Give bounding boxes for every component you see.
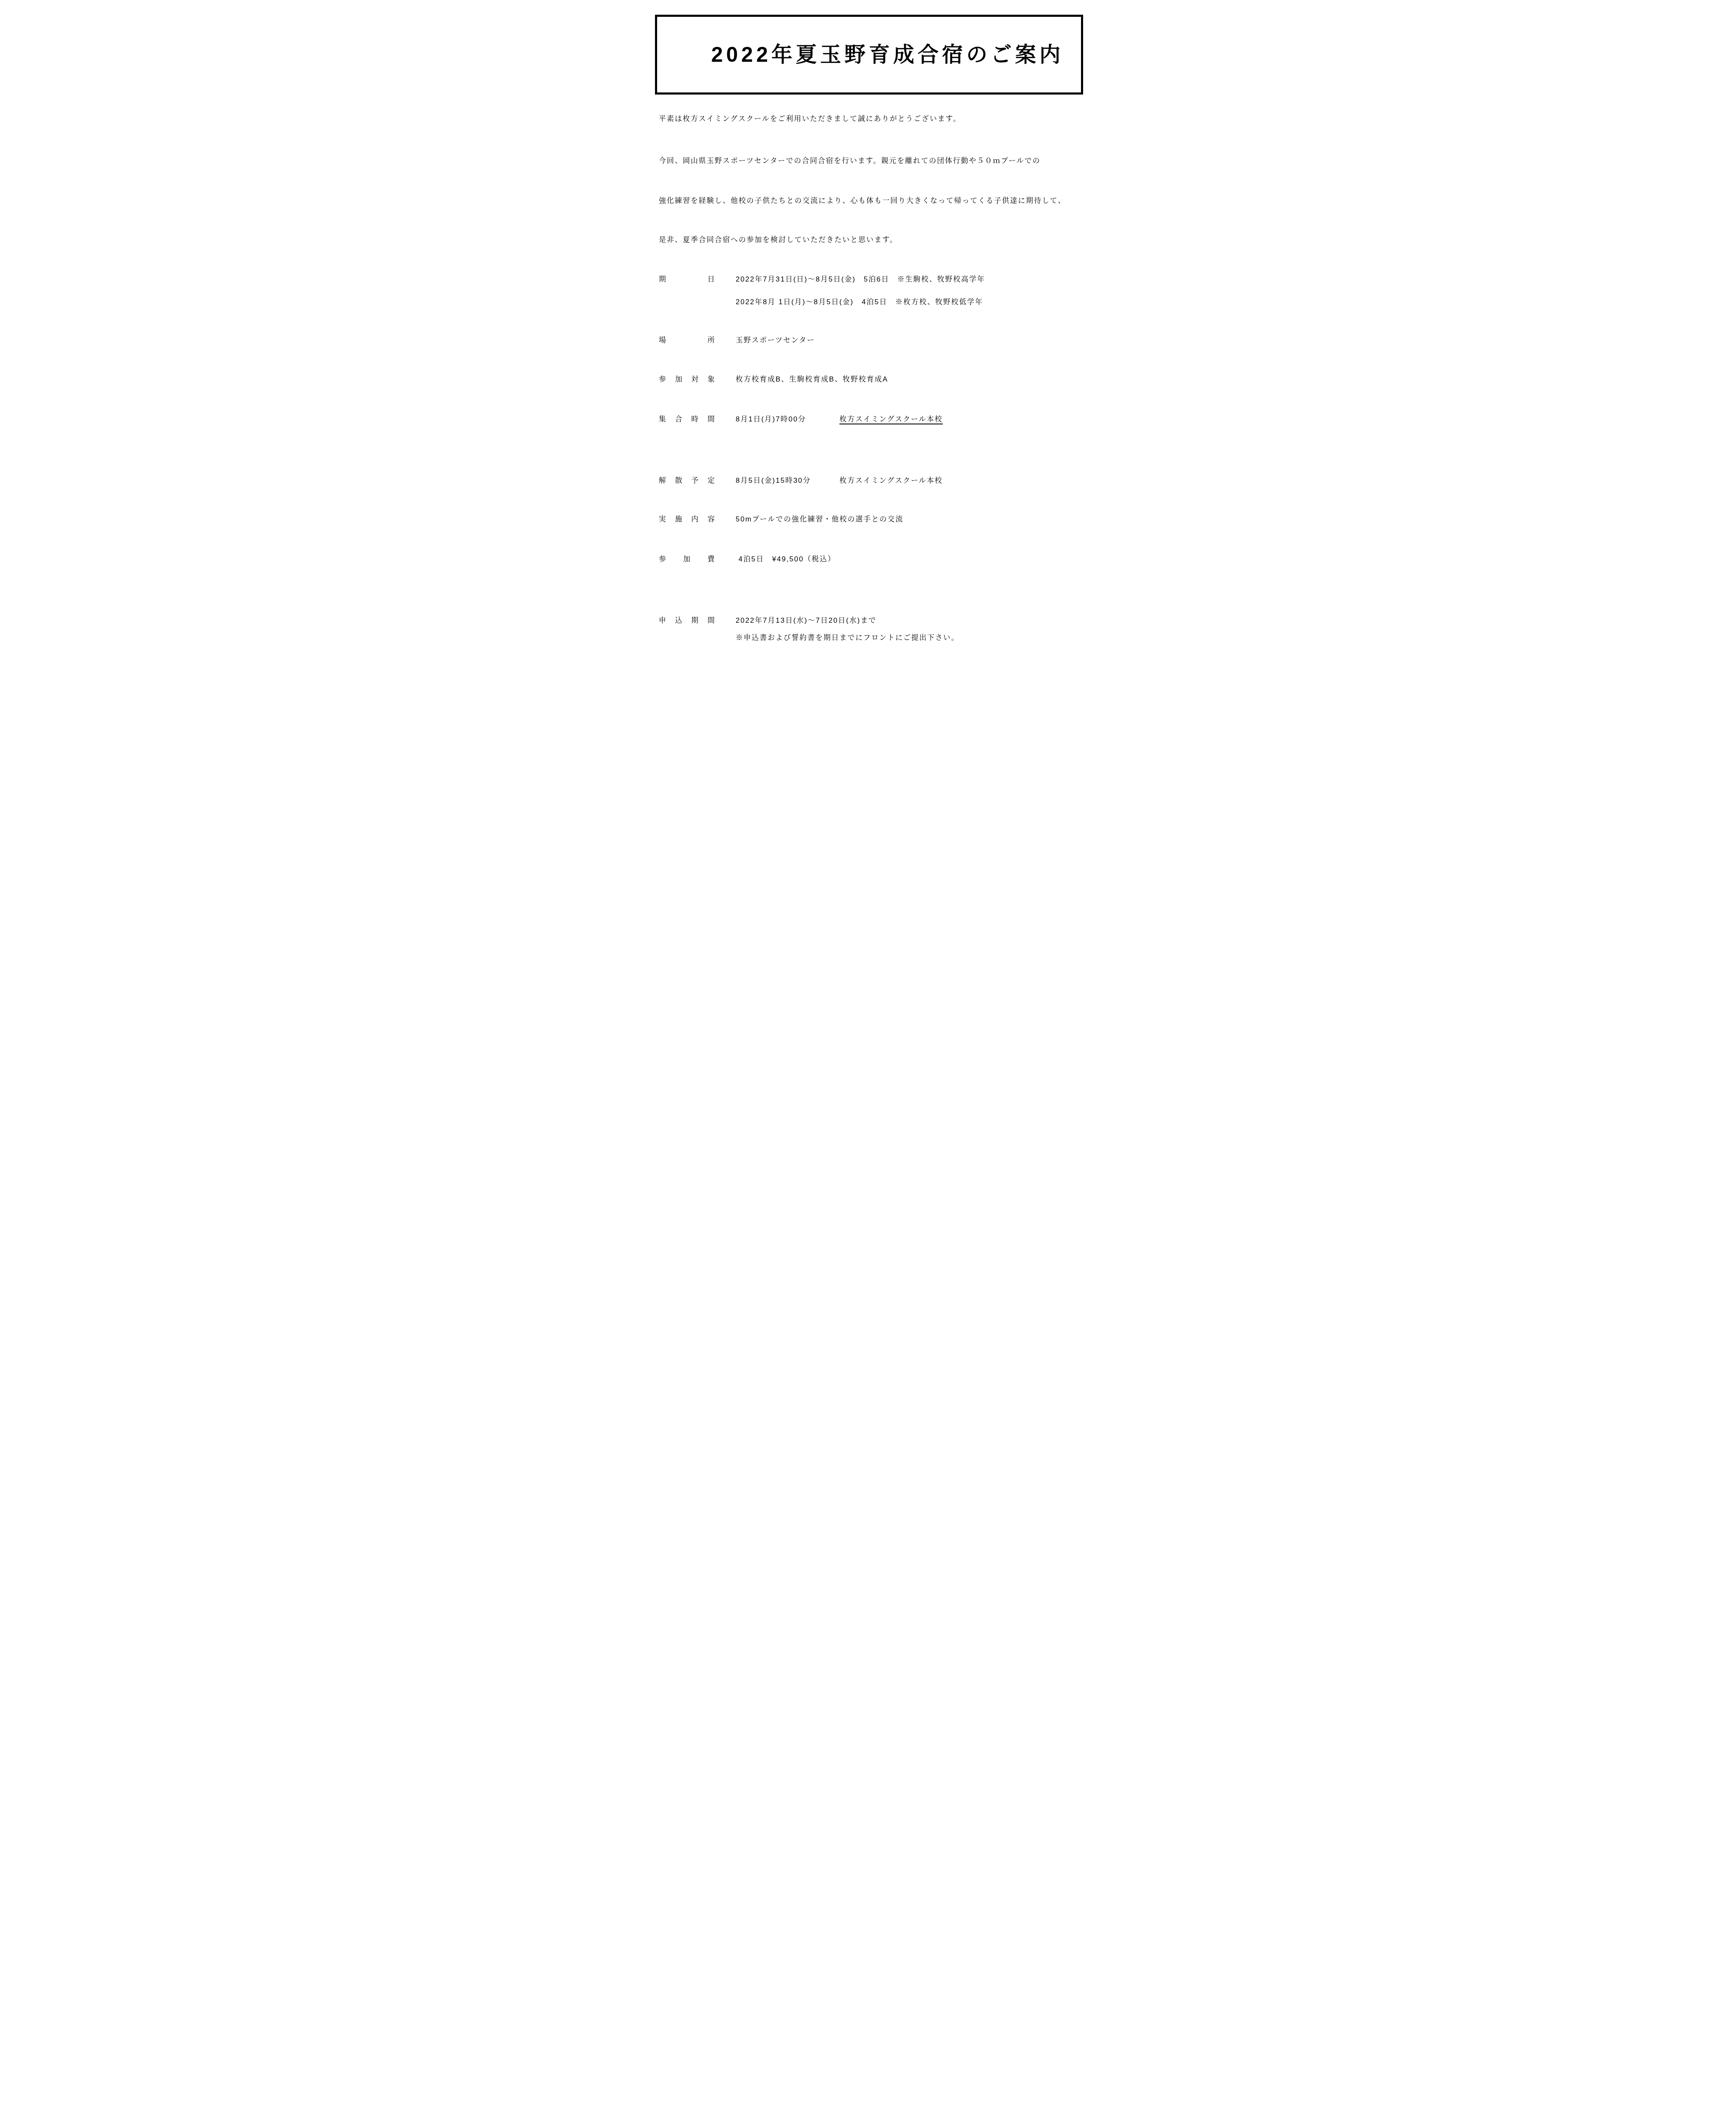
detail-label-fee: 参加費 xyxy=(659,555,715,564)
detail-label-schedule: 期日 xyxy=(659,275,715,284)
detail-row-place: 場所 玉野スポーツセンター xyxy=(659,336,1099,345)
application-note: ※申込書および誓約書を期日までにフロントにご提出下さい。 xyxy=(736,633,1099,642)
dismissal-time: 8月5日(金)15時30分 xyxy=(736,476,839,485)
intro-paragraph-4: 是非、夏季合同合宿への参加を検討していただきたいと思います。 xyxy=(659,235,1082,245)
detail-row-fee: 参加費 4泊5日 ¥49,500（税込） xyxy=(659,555,1099,564)
intro-paragraph-2: 今回、岡山県玉野スポーツセンターでの合同合宿を行います。親元を離れての団体行動や… xyxy=(659,156,1082,166)
schedule-line-2: 2022年8月 1日(月)～8月5日(金) 4泊5日 ※枚方校、牧野校低学年 xyxy=(736,298,985,307)
meeting-time: 8月1日(月)7時00分 xyxy=(736,415,839,424)
detail-label-meeting: 集合時間 xyxy=(659,415,715,424)
meeting-place-underlined: 枚方スイミングスクール本校 xyxy=(839,415,943,424)
application-period: 2022年7月13日(水)～7日20日(水)まで xyxy=(736,616,876,625)
place-value: 玉野スポーツセンター xyxy=(736,336,815,345)
detail-label-activity: 実施内容 xyxy=(659,515,715,524)
detail-label-application: 申込期間 xyxy=(659,616,715,625)
detail-row-dismissal: 解散予定 8月5日(金)15時30分枚方スイミングスクール本校 xyxy=(659,476,1099,485)
detail-label-place: 場所 xyxy=(659,336,715,345)
intro-paragraph-1: 平素は枚方スイミングスクールをご利用いただきまして誠にありがとうございます。 xyxy=(659,114,1082,124)
detail-row-target: 参加対象 枚方校育成B、生駒校育成B、牧野校育成A xyxy=(659,375,1099,384)
activity-value: 50mプールでの強化練習・他校の選手との交流 xyxy=(736,515,903,524)
fee-value: 4泊5日 ¥49,500（税込） xyxy=(736,555,836,564)
detail-label-target: 参加対象 xyxy=(659,375,715,384)
detail-row-activity: 実施内容 50mプールでの強化練習・他校の選手との交流 xyxy=(659,515,1099,524)
title-box: 2022年夏玉野育成合宿のご案内 xyxy=(655,15,1083,95)
detail-label-dismissal: 解散予定 xyxy=(659,476,715,485)
page-title: 2022年夏玉野育成合宿のご案内 xyxy=(711,43,1064,66)
dismissal-place: 枚方スイミングスクール本校 xyxy=(839,477,943,484)
intro-paragraph-3: 強化練習を経験し、他校の子供たちとの交流により、心も体も一回り大きくなって帰って… xyxy=(659,196,1082,205)
document-page: 2022年夏玉野育成合宿のご案内 平素は枚方スイミングスクールをご利用いただきま… xyxy=(637,0,1099,654)
detail-row-meeting: 集合時間 8月1日(月)7時00分枚方スイミングスクール本校 xyxy=(659,415,1099,424)
detail-row-schedule: 期日 2022年7月31日(日)～8月5日(金) 5泊6日 ※生駒校、牧野校高学… xyxy=(659,275,1099,307)
schedule-line-1: 2022年7月31日(日)～8月5日(金) 5泊6日 ※生駒校、牧野校高学年 xyxy=(736,275,985,284)
target-value: 枚方校育成B、生駒校育成B、牧野校育成A xyxy=(736,375,888,384)
detail-row-application: 申込期間 2022年7月13日(水)～7日20日(水)まで xyxy=(659,616,1099,625)
